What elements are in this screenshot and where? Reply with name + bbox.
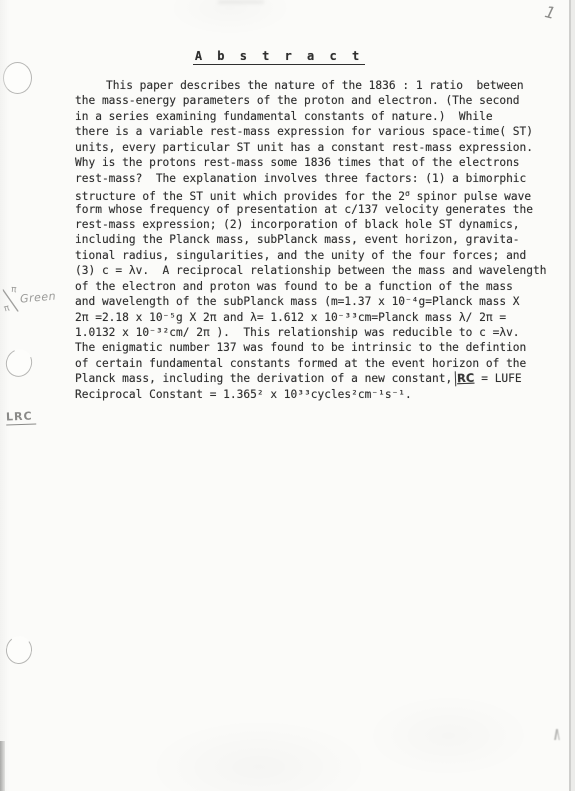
text-line: The enigmatic number 137 was found to be… — [75, 340, 561, 355]
text-segment: rest-mass expression; (2) incorporation … — [75, 218, 520, 231]
text-segment: rest-mass? The explanation involves thre… — [75, 172, 526, 185]
text-line: the mass-energy parameters of the proton… — [75, 93, 561, 108]
text-segment: 2π =2.18 x 10⁻⁵g X 2π and λ= 1.612 x 10⁻… — [75, 311, 506, 324]
text-segment: of the electron and proton was found to … — [75, 280, 513, 293]
margin-note-green: π π Green — [3, 283, 58, 313]
page-edge-shadow — [571, 0, 575, 791]
document-body: This paper describes the nature of the 1… — [75, 78, 561, 402]
text-line: of the electron and proton was found to … — [75, 279, 561, 294]
text-segment: This paper describes the nature of the 1… — [106, 79, 524, 92]
text-line: of certain fundamental constants formed … — [75, 356, 561, 371]
title-row: A b s t r a c t — [0, 45, 558, 65]
text-segment: The enigmatic number 137 was found to be… — [75, 341, 526, 354]
text-segment: Planck mass, including the derivation of… — [75, 372, 452, 385]
text-line: form whose frequency of presentation at … — [75, 202, 561, 217]
text-segment: the mass-energy parameters of the proton… — [75, 94, 520, 107]
page-title: A b s t r a c t — [193, 49, 365, 65]
margin-note-green-label: Green — [19, 289, 56, 305]
text-line: and wavelength of the subPlanck mass (m=… — [75, 294, 561, 309]
pi-scribble-icon: π π — [3, 288, 19, 313]
text-segment: = LUFE — [474, 372, 521, 385]
text-line: in a series examining fundamental consta… — [75, 109, 561, 124]
text-segment: and wavelength of the subPlanck mass (m=… — [75, 295, 520, 308]
text-line: rest-mass expression; (2) incorporation … — [75, 217, 561, 232]
text-line: structure of the ST unit which provides … — [75, 186, 561, 201]
handwritten-page-number: 1 — [543, 2, 557, 23]
text-line: units, every particular ST unit has a co… — [75, 140, 561, 155]
text-segment: units, every particular ST unit has a co… — [75, 141, 533, 154]
text-line: tional radius, singularities, and the un… — [75, 248, 561, 263]
text-segment: Why is the protons rest-mass some 1836 t… — [75, 156, 520, 169]
scan-smudge-bottom-right — [551, 729, 561, 740]
handwritten-rc-insert: RC — [455, 371, 475, 387]
text-line: including the Planck mass, subPlanck mas… — [75, 232, 561, 247]
text-line: Reciprocal Constant = 1.365² x 10³³cycle… — [75, 387, 561, 402]
text-line: Why is the protons rest-mass some 1836 t… — [75, 155, 561, 170]
text-segment: tional radius, singularities, and the un… — [75, 249, 526, 262]
pi-mark-top: π — [10, 286, 16, 295]
text-line: Planck mass, including the derivation of… — [75, 371, 561, 386]
text-segment: of certain fundamental constants formed … — [75, 357, 526, 370]
text-segment: including the Planck mass, subPlanck mas… — [75, 233, 520, 246]
text-segment: (3) c = λv. A reciprocal relationship be… — [75, 264, 546, 277]
text-segment: in a series examining fundamental consta… — [75, 110, 493, 123]
scan-smudge-top — [218, 0, 264, 4]
scan-edge-artifact — [0, 741, 5, 791]
text-line: This paper describes the nature of the 1… — [75, 78, 561, 93]
margin-note-lrc: LRC — [6, 409, 36, 425]
text-segment: 1.0132 x 10⁻³²cm/ 2π ). This relationshi… — [75, 326, 520, 339]
hole-punch-middle — [2, 345, 37, 381]
pi-mark-bottom: π — [3, 304, 11, 314]
text-line: there is a variable rest-mass expression… — [75, 124, 561, 139]
hole-punch-bottom — [4, 634, 34, 665]
scanned-abstract-page: 1 A b s t r a c t This paper describes t… — [0, 0, 575, 791]
text-line: 1.0132 x 10⁻³²cm/ 2π ). This relationshi… — [75, 325, 561, 340]
text-segment: form whose frequency of presentation at … — [75, 203, 533, 216]
hole-punch-top — [3, 62, 32, 94]
text-line: rest-mass? The explanation involves thre… — [75, 171, 561, 186]
text-segment: there is a variable rest-mass expression… — [75, 125, 533, 138]
text-line: (3) c = λv. A reciprocal relationship be… — [75, 263, 561, 278]
text-line: 2π =2.18 x 10⁻⁵g X 2π and λ= 1.612 x 10⁻… — [75, 310, 561, 325]
text-segment: Reciprocal Constant = 1.365² x 10³³cycle… — [75, 388, 412, 401]
